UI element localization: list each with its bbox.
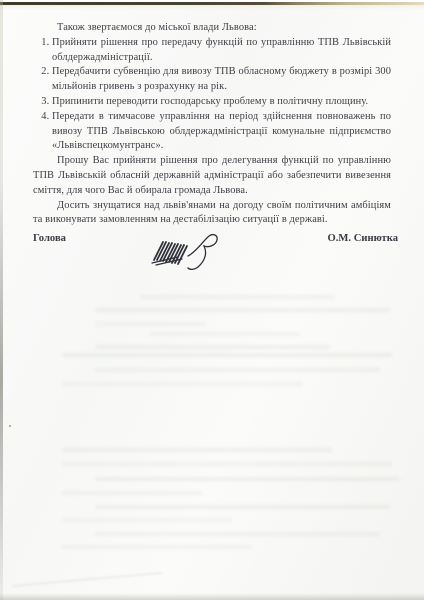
bleedthrough-line <box>95 345 330 349</box>
scanned-letter-page: Також звертаємося до міської влади Львов… <box>0 0 424 600</box>
scan-artifact-left-edge <box>0 0 3 600</box>
bleedthrough-line <box>95 308 390 312</box>
scan-artifact-speck <box>9 425 11 427</box>
scan-artifact-wrinkle <box>12 572 162 586</box>
bleedthrough-line <box>140 295 335 299</box>
intro-line: Також звертаємося до міської влади Львов… <box>33 21 391 36</box>
signer-position-title: Голова <box>33 233 66 244</box>
bleedthrough-line <box>62 518 232 522</box>
bleedthrough-line <box>95 505 390 509</box>
signer-name: О.М. Синютка <box>328 233 398 244</box>
bleedthrough-line <box>62 353 392 357</box>
list-item: Прийняти рішення про передачу функцій по… <box>52 36 391 66</box>
paragraph: Прошу Вас прийняти рішення про делегуван… <box>33 154 391 198</box>
list-item: Припинити переводити господарську пробле… <box>52 95 391 110</box>
letter-body: Також звертаємося до міської влади Львов… <box>33 21 391 228</box>
handwritten-signature <box>146 228 238 284</box>
paragraph: Досить знущатися над львів'янами на дого… <box>33 199 391 229</box>
list-item: Передати в тимчасове управління на періо… <box>52 110 391 154</box>
bleedthrough-line <box>62 382 302 386</box>
bleedthrough-line <box>62 462 392 466</box>
bleedthrough-line <box>95 477 400 481</box>
scan-artifact-top-fade <box>0 5 424 10</box>
bleedthrough-line <box>62 545 252 549</box>
scan-artifact-bottom-shade <box>0 593 424 600</box>
bleedthrough-line <box>62 448 332 452</box>
bleedthrough-line <box>62 491 202 495</box>
bleedthrough-line <box>150 332 300 336</box>
list-item: Передбачити субвенцію для вивозу ТПВ обл… <box>52 65 391 95</box>
demands-list: Прийняти рішення про передачу функцій по… <box>33 36 391 154</box>
bleedthrough-line <box>95 322 205 326</box>
bleedthrough-line <box>95 532 380 536</box>
bleedthrough-line <box>95 368 380 372</box>
